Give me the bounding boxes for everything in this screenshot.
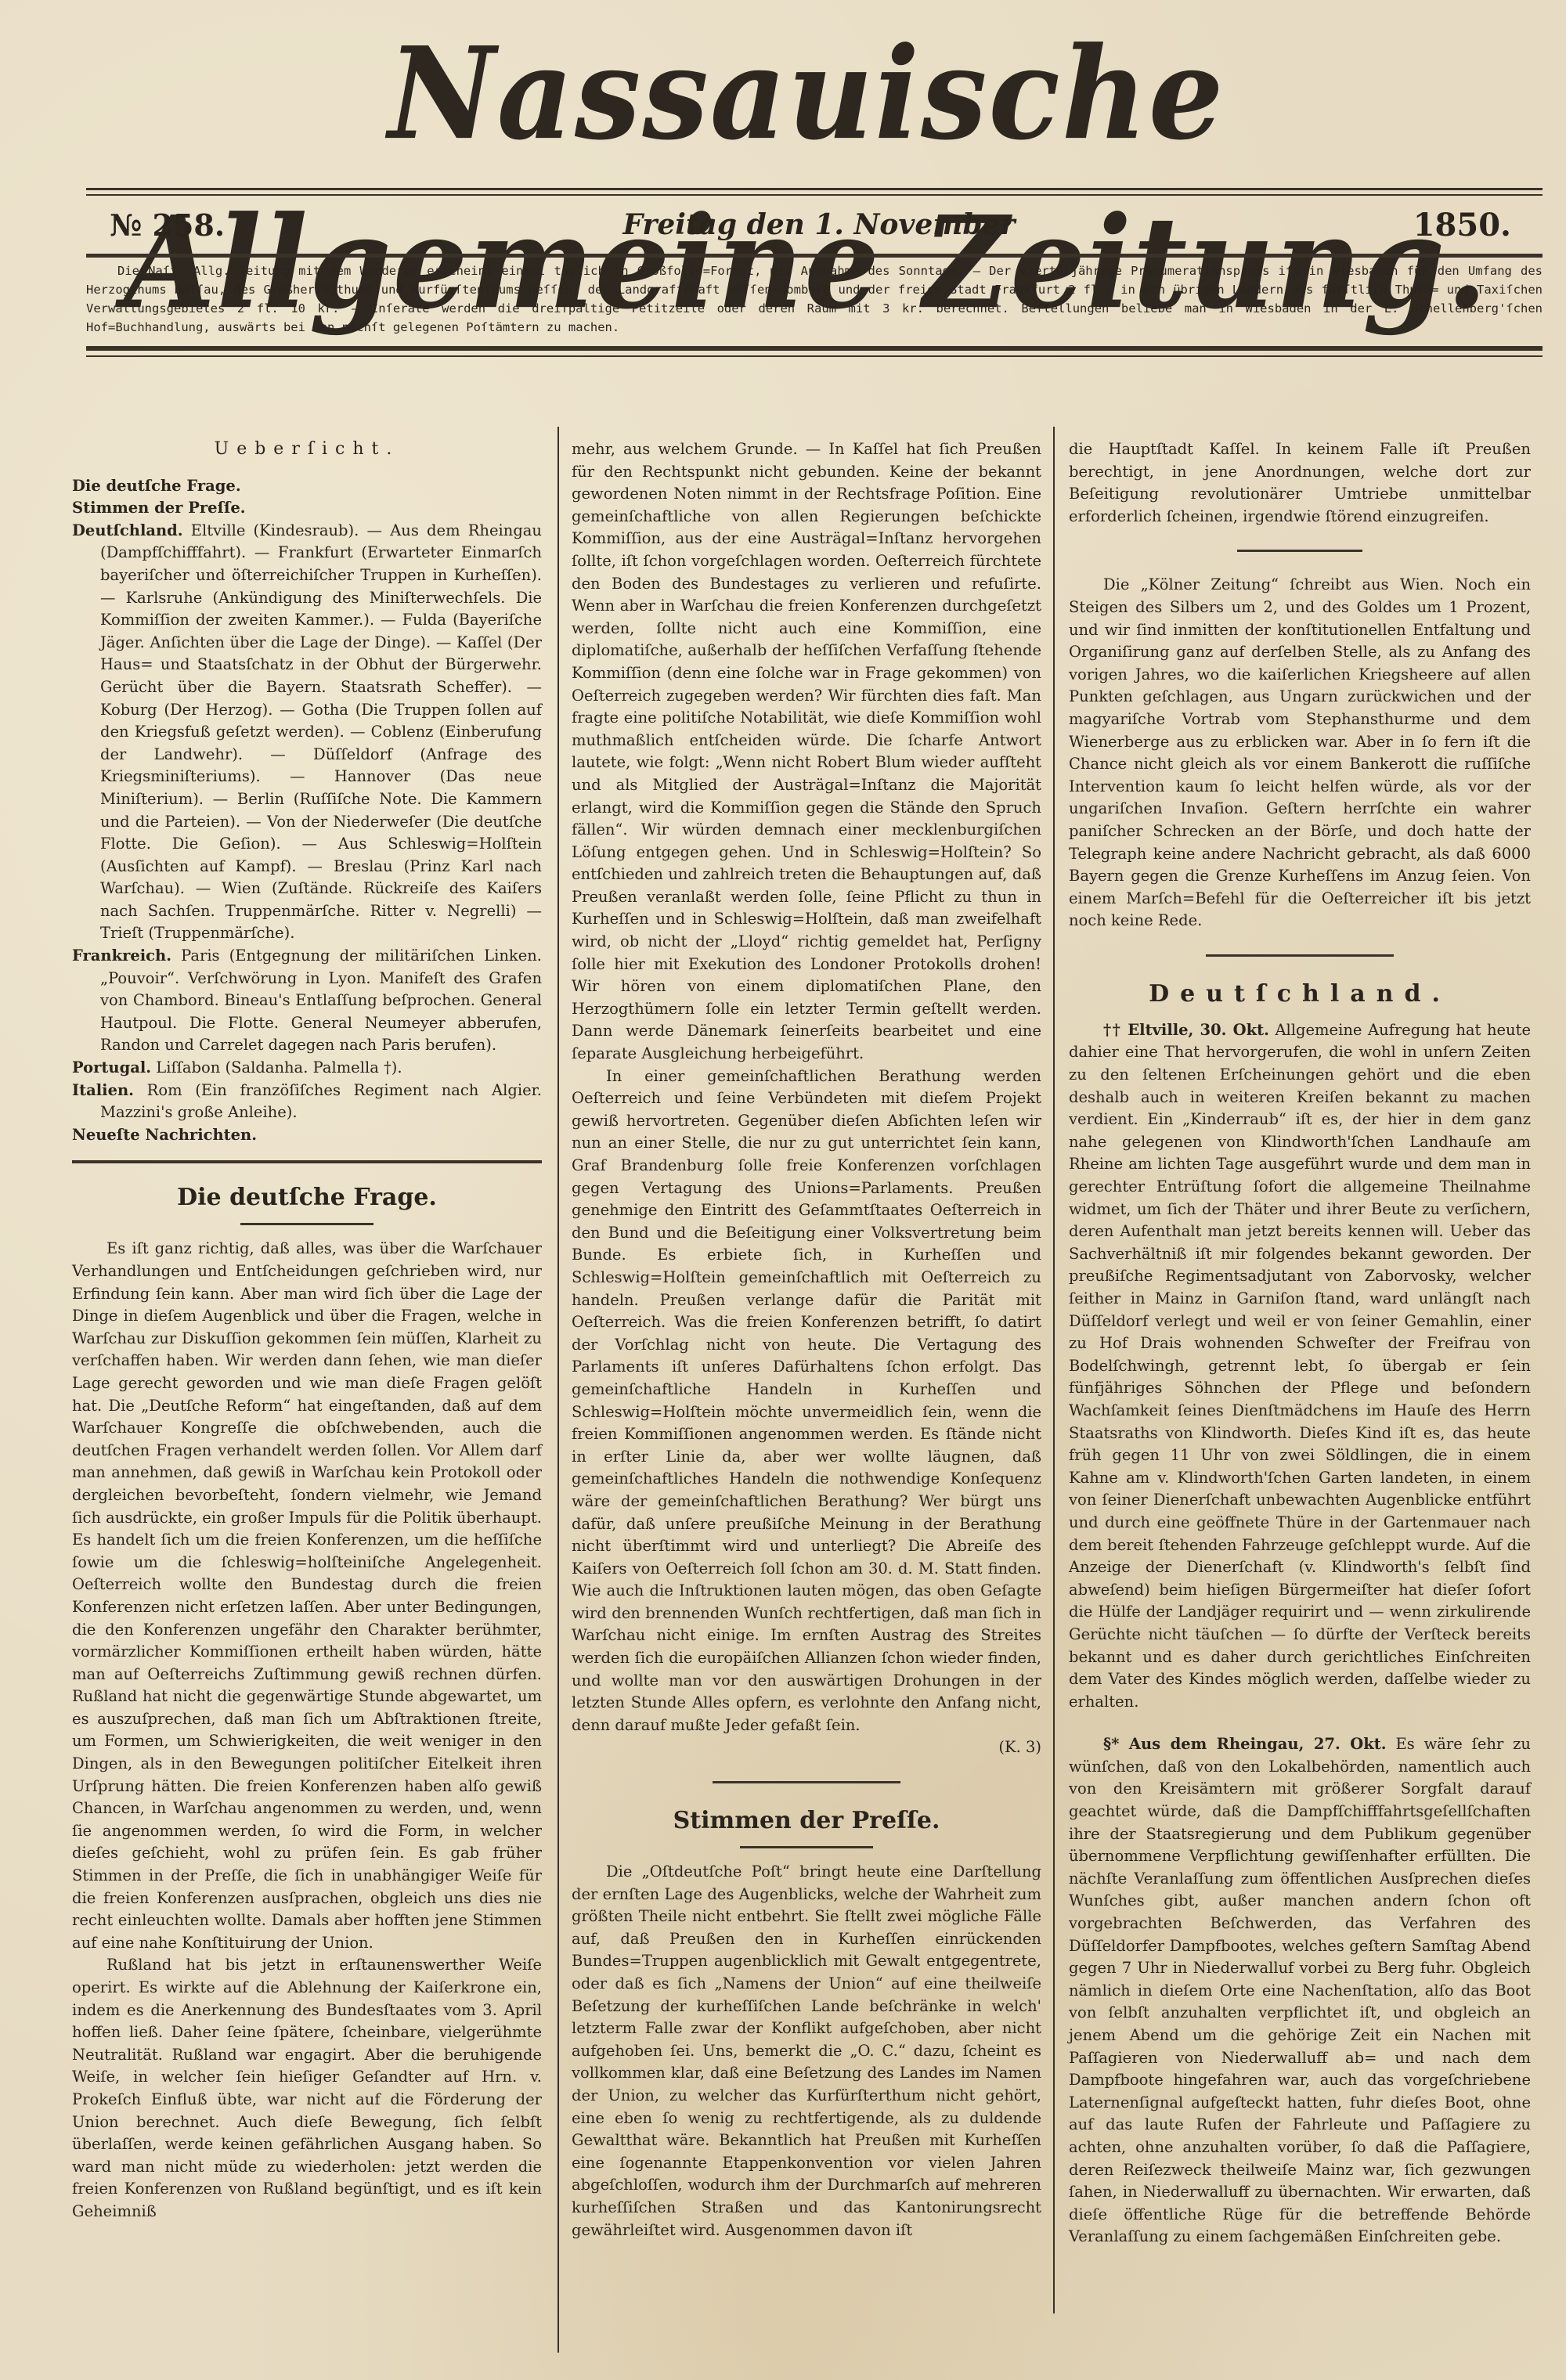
title-underline (240, 1223, 373, 1225)
masthead-title: Nassauische Allgemeine Zeitung. (86, 9, 1527, 178)
overview-item[interactable]: Frankreich. Paris (Entgegnung der militä… (72, 945, 542, 1057)
header-bottom-rule-thin (86, 355, 1543, 357)
newspaper-page: Nassauische Allgemeine Zeitung. № 258. F… (0, 0, 1566, 2380)
overview-section: Ueberſicht. Die deutſche Frage. Stimmen … (72, 438, 542, 1146)
article-stimmen-der-presse: Stimmen der Preſſe. Die „Oſtdeutſche Poſ… (572, 1805, 1041, 2241)
overview-divider (72, 1160, 542, 1163)
news-text: Es wäre ſehr zu wünſchen, daß von den Lo… (1069, 1735, 1531, 2245)
masthead-rule (86, 188, 1543, 196)
section-title: Deutſchland. (1069, 979, 1531, 1010)
column-divider-right (1053, 427, 1055, 2313)
overview-title: Ueberſicht. (72, 438, 542, 461)
news-dateline: §* Aus dem Rheingau, 27. Okt. (1103, 1735, 1387, 1753)
section-divider (1237, 550, 1362, 552)
news-text: Allgemeine Aufregung hat heute dahier ei… (1069, 1021, 1531, 1711)
overview-item[interactable]: Italien. Rom (Ein franzöſiſches Regiment… (72, 1080, 542, 1124)
left-column: Ueberſicht. Die deutſche Frage. Stimmen … (72, 438, 542, 2223)
overview-item[interactable]: Portugal. Liſſabon (Saldanha. Palmella †… (72, 1057, 542, 1080)
dateline-rule (86, 254, 1543, 258)
overview-item[interactable]: Deutſchland. Eltville (Kindesraub). — Au… (72, 520, 542, 945)
section-divider (713, 1781, 900, 1783)
article-paragraph: Es iſt ganz richtig, daß alles, was über… (72, 1238, 542, 1954)
article-paragraph: Die „Kölner Zeitung“ ſchreibt aus Wien. … (1069, 574, 1531, 932)
column-divider-left (557, 427, 559, 2353)
section-deutschland: Deutſchland. †† Eltville, 30. Okt. Allge… (1069, 979, 1531, 2248)
article-paragraph: die Hauptſtadt Kaſſel. In keinem Falle i… (1069, 438, 1531, 528)
article-deutsche-frage: Die deutſche Frage. Es iſt ganz richtig,… (72, 1182, 542, 2223)
section-divider (1206, 954, 1394, 957)
news-item-rheingau: §* Aus dem Rheingau, 27. Okt. Es wäre ſe… (1069, 1733, 1531, 2248)
article-signature: (K. 3) (572, 1736, 1041, 1759)
article-paragraph: mehr, aus welchem Grunde. — In Kaſſel ha… (572, 438, 1041, 1066)
issue-year: 1850. (1413, 207, 1511, 243)
news-dateline: †† Eltville, 30. Okt. (1103, 1021, 1269, 1039)
overview-item[interactable]: Neueſte Nachrichten. (72, 1124, 542, 1147)
article-paragraph: Rußland hat bis jetzt in erſtaunenswerth… (72, 1954, 542, 2223)
title-underline (740, 1846, 873, 1848)
right-column: die Hauptſtadt Kaſſel. In keinem Falle i… (1069, 438, 1531, 2248)
subscription-terms: Die Naſſ. Allg. Zeitung mit dem Wanderer… (86, 261, 1543, 337)
issue-number: № 258. (110, 207, 225, 243)
overview-item[interactable]: Stimmen der Preſſe. (72, 497, 542, 520)
issue-date: Freitag den 1. November (622, 208, 1015, 241)
article-paragraph: Die „Oſtdeutſche Poſt“ bringt heute eine… (572, 1861, 1041, 2241)
article-paragraph: In einer gemeinſchaftlichen Berathung we… (572, 1066, 1041, 1737)
overview-item[interactable]: Die deutſche Frage. (72, 475, 542, 498)
news-item-eltville: †† Eltville, 30. Okt. Allgemeine Aufregu… (1069, 1019, 1531, 1713)
middle-column: mehr, aus welchem Grunde. — In Kaſſel ha… (572, 438, 1041, 2241)
article-title: Stimmen der Preſſe. (572, 1805, 1041, 1837)
article-title: Die deutſche Frage. (72, 1182, 542, 1213)
dateline: № 258. Freitag den 1. November 1850. (110, 205, 1511, 244)
header-bottom-rule (86, 346, 1543, 351)
